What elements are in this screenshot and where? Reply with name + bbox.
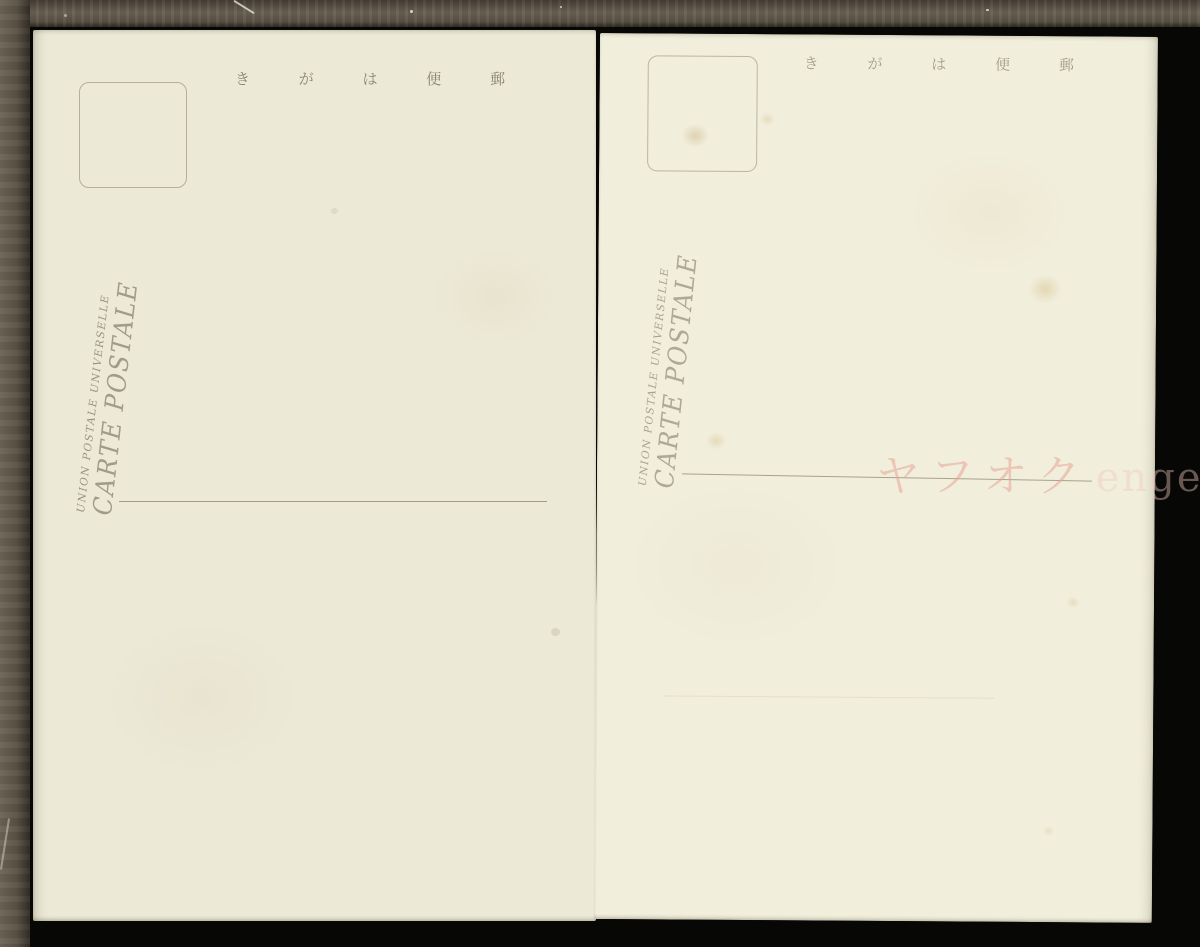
postal-header-text: き が は 便 郵 <box>235 68 527 89</box>
address-divider-line <box>682 473 1092 481</box>
dust-speck <box>560 6 562 8</box>
dust-speck <box>64 14 67 17</box>
dust-speck <box>986 9 989 11</box>
ghost-print-trace <box>663 695 993 698</box>
address-divider-line <box>119 501 547 502</box>
frame-left-edge <box>0 0 30 947</box>
foxing-stain <box>759 112 775 126</box>
foxing-stain <box>705 432 727 450</box>
foxing-stain <box>681 124 709 148</box>
dust-speck <box>410 10 413 13</box>
frame-top-edge <box>0 0 1200 27</box>
foxing-stain <box>551 628 560 636</box>
postal-header-text: き が は 便 郵 <box>804 52 1096 75</box>
stamp-box <box>79 82 187 188</box>
foxing-stain <box>1066 596 1080 608</box>
stamp-box <box>647 55 758 172</box>
postcard-right: き が は 便 郵 UNION POSTALE UNIVERSELLE CART… <box>594 33 1158 923</box>
foxing-stain <box>1028 274 1062 304</box>
upu-text-block: UNION POSTALE UNIVERSELLE CARTE POSTALE <box>75 239 149 517</box>
postcard-left: き が は 便 郵 UNION POSTALE UNIVERSELLE CART… <box>33 30 596 921</box>
foxing-stain <box>331 208 338 214</box>
scanned-photo: き が は 便 郵 UNION POSTALE UNIVERSELLE CART… <box>0 0 1200 947</box>
foxing-stain <box>1042 826 1054 836</box>
upu-text-block: UNION POSTALE UNIVERSELLE CARTE POSTALE <box>637 212 708 490</box>
